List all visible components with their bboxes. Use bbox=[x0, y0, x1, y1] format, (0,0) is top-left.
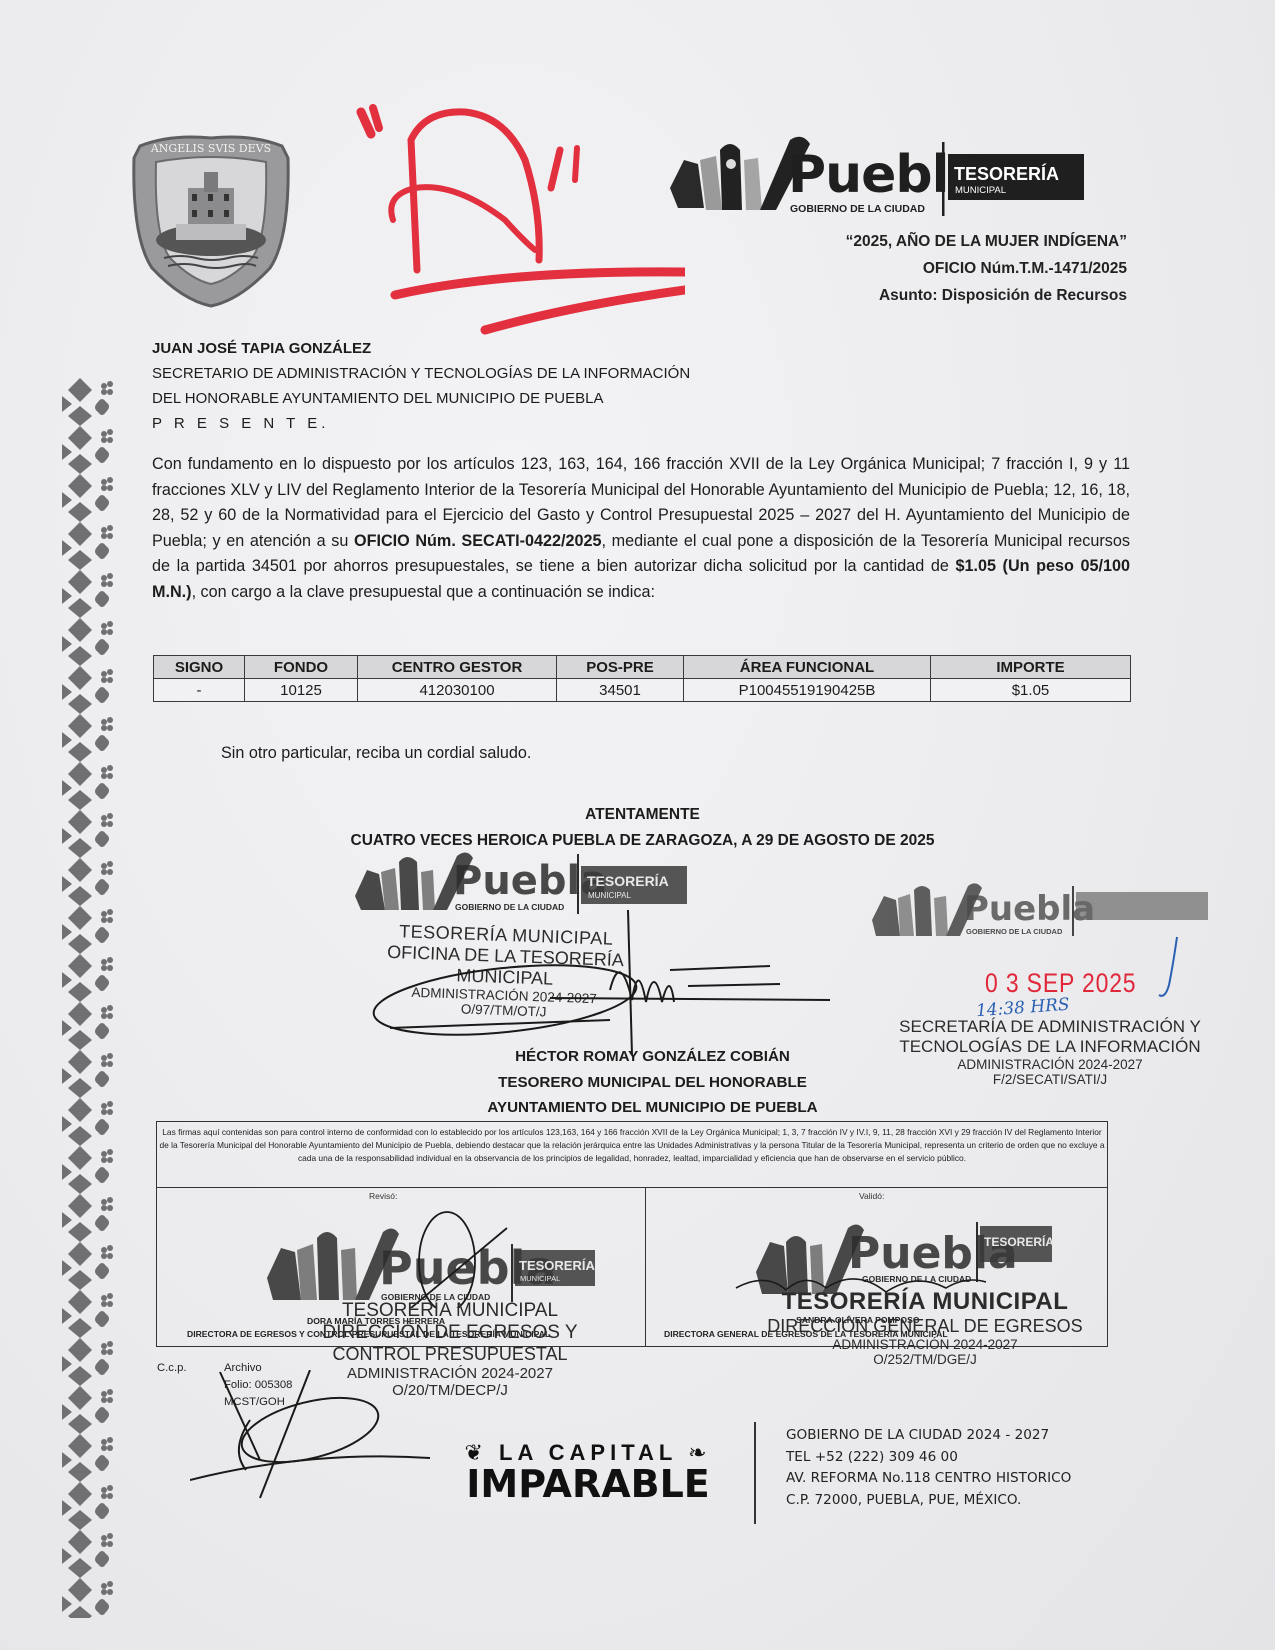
svg-text:ANGELIS SVIS DEVS: ANGELIS SVIS DEVS bbox=[150, 142, 271, 155]
treasurer-signature bbox=[370, 910, 870, 1060]
subject-line: Asunto: Disposición de Recursos bbox=[846, 282, 1127, 309]
addressee-title-2: DEL HONORABLE AYUNTAMIENTO DEL MUNICIPIO… bbox=[152, 386, 690, 411]
svg-text:GOBIERNO DE LA CIUDAD: GOBIERNO DE LA CIUDAD bbox=[790, 203, 925, 215]
col-importe: IMPORTE bbox=[931, 656, 1131, 679]
validated-label: Validó: bbox=[859, 1191, 884, 1201]
city-crest-logo: ANGELIS SVIS DEVS bbox=[130, 128, 292, 308]
dge-stamp: TESORERÍA MUNICIPAL DIRECCIÓN GENERAL DE… bbox=[735, 1288, 1115, 1367]
closing-greeting: Sin otro particular, reciba un cordial s… bbox=[221, 744, 531, 763]
document-page: ANGELIS SVIS DEVS bbox=[0, 0, 1275, 1650]
svg-text:TESORERÍA: TESORERÍA bbox=[954, 163, 1059, 184]
signer-title-1: TESORERO MUNICIPAL DEL HONORABLE bbox=[0, 1070, 1275, 1096]
presente-label: P R E S E N T E. bbox=[152, 411, 690, 436]
oficio-number: OFICIO Núm.T.M.-1471/2025 bbox=[846, 255, 1127, 282]
addressee-block: JUAN JOSÉ TAPIA GONZÁLEZ SECRETARIO DE A… bbox=[152, 336, 690, 436]
addressee-name: JUAN JOSÉ TAPIA GONZÁLEZ bbox=[152, 336, 690, 361]
svg-text:GOBIERNO DE LA CIUDAD: GOBIERNO DE LA CIUDAD bbox=[862, 1274, 971, 1284]
signer-block: HÉCTOR ROMAY GONZÁLEZ COBIÁN TESORERO MU… bbox=[0, 1044, 1275, 1121]
svg-text:MUNICIPAL: MUNICIPAL bbox=[588, 891, 632, 900]
table-header-row: SIGNO FONDO CENTRO GESTOR POS-PRE ÁREA F… bbox=[154, 656, 1131, 679]
col-fondo: FONDO bbox=[245, 656, 358, 679]
atentamente-label: ATENTAMENTE bbox=[0, 802, 1275, 828]
egresos-stamp-logo: Puebla GOBIERNO DE LA CIUDAD TESORERÍA M… bbox=[267, 1208, 597, 1308]
col-signo: SIGNO bbox=[154, 656, 245, 679]
svg-text:TESORERÍA: TESORERÍA bbox=[984, 1234, 1054, 1249]
ornamental-border bbox=[62, 378, 117, 1618]
referenced-oficio: OFICIO Núm. SECATI-0422/2025 bbox=[354, 532, 602, 550]
addressee-title-1: SECRETARIO DE ADMINISTRACIÓN Y TECNOLOGÍ… bbox=[152, 361, 690, 386]
internal-control-note: Las firmas aquí contenidas son para cont… bbox=[157, 1122, 1107, 1188]
svg-text:Puebla: Puebla bbox=[964, 889, 1095, 929]
footer-divider bbox=[754, 1422, 756, 1524]
ccp-label: C.c.p. bbox=[157, 1360, 187, 1377]
svg-text:GOBIERNO DE LA CIUDAD: GOBIERNO DE LA CIUDAD bbox=[966, 927, 1063, 936]
dge-stamp-logo: Puebla GOBIERNO DE LA CIUDAD TESORERÍA bbox=[726, 1202, 1056, 1302]
svg-text:TESORERÍA: TESORERÍA bbox=[587, 873, 669, 889]
svg-text:MUNICIPAL: MUNICIPAL bbox=[520, 1274, 560, 1283]
signer-name: HÉCTOR ROMAY GONZÁLEZ COBIÁN bbox=[0, 1044, 1275, 1070]
reviewed-label: Revisó: bbox=[369, 1191, 397, 1201]
budget-key-table: SIGNO FONDO CENTRO GESTOR POS-PRE ÁREA F… bbox=[153, 655, 1131, 702]
col-centro-gestor: CENTRO GESTOR bbox=[358, 656, 557, 679]
footer-address: GOBIERNO DE LA CIUDAD 2024 - 2027 TEL +5… bbox=[786, 1425, 1071, 1511]
secati-stamp-logo: Puebla GOBIERNO DE LA CIUDAD bbox=[872, 880, 1212, 940]
col-pos-pre: POS-PRE bbox=[557, 656, 684, 679]
puebla-tesoreria-logo: Puebla GOBIERNO DE LA CIUDAD TESORERÍA M… bbox=[670, 130, 1090, 225]
year-motto: “2025, AÑO DE LA MUJER INDÍGENA” bbox=[846, 228, 1127, 255]
document-header-info: “2025, AÑO DE LA MUJER INDÍGENA” OFICIO … bbox=[846, 228, 1127, 309]
tesoreria-stamp-logo: Puebla GOBIERNO DE LA CIUDAD TESORERÍA M… bbox=[355, 848, 695, 918]
table-row: - 10125 412030100 34501 P10045519190425B… bbox=[154, 679, 1131, 702]
atentamente-block: ATENTAMENTE CUATRO VECES HEROICA PUEBLA … bbox=[0, 802, 1275, 854]
svg-text:TESORERÍA: TESORERÍA bbox=[519, 1258, 595, 1273]
signer-title-2: AYUNTAMIENTO DEL MUNICIPIO DE PUEBLA bbox=[0, 1095, 1275, 1121]
col-area-funcional: ÁREA FUNCIONAL bbox=[684, 656, 931, 679]
svg-text:MUNICIPAL: MUNICIPAL bbox=[955, 185, 1006, 196]
body-paragraph: Con fundamento en lo dispuesto por los a… bbox=[152, 452, 1130, 605]
handwritten-red-a-mark bbox=[355, 100, 685, 350]
la-capital-imparable-logo: ❦ LA CAPITAL ❧ IMPARABLE bbox=[458, 1440, 718, 1502]
blue-pen-mark bbox=[1155, 935, 1185, 1005]
